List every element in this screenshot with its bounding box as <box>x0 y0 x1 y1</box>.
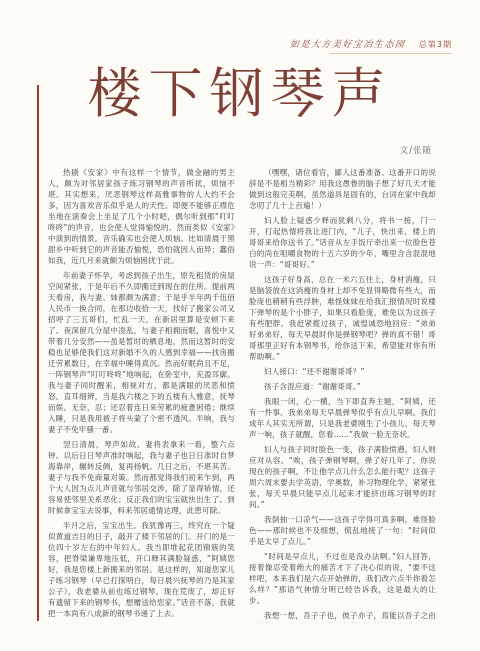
paragraph: 孩子含混应道：“谢谢哥哥。” <box>249 381 436 392</box>
article-title: 楼下钢琴声 <box>0 60 480 128</box>
left-column: 热剧《安家》中有这样一个情节，做金融的男主人，颇为对邻居家孩子练习钢琴的声音所扰… <box>48 167 235 623</box>
paragraph: 年前妻子怀孕，考虑到孩子出生，原先租赁的房屋空间紧张，于是年后不久即搬迁到现在的… <box>48 270 235 435</box>
author-byline: 文/张随 <box>400 144 432 156</box>
paragraph: 热剧《安家》中有这样一个情节，做金融的男主人，颇为对邻居家孩子练习钢琴的声音所扰… <box>48 167 235 266</box>
right-column: （嘿嘿，诸位看官，鄙人这番准备、这番开口的说辞是不是相当精彩？用我这愚鲁的脑子想… <box>249 167 436 623</box>
masthead: 如是大方美好宝冶生态园 总第3期 <box>290 37 452 50</box>
paragraph: 我倒抽一口凉气——这孩子学得可真多啊，难怪脸色——那时候也不及细想，慌乱地接了一… <box>249 514 436 547</box>
article-body: 热剧《安家》中有这样一个情节，做金融的男主人，颇为对邻居家孩子练习钢琴的声音所扰… <box>48 167 436 623</box>
magazine-page: 如是大方美好宝冶生态园 总第3期 楼下钢琴声 文/张随 热剧《安家》中有这样一个… <box>0 0 480 651</box>
paragraph: 半月之后，宝宝出生。我犹豫再三，终究在一个疑似黄道吉日的日子，敲开了楼下邻居的门… <box>48 520 235 619</box>
paragraph: 我想一想，吾子子也，彼子亦子，焉能以吾子之由而妨彼子之学？何况人家已经做最大的让… <box>249 610 436 623</box>
paragraph: 翌日清晨，琴声如故。妻将表拿来一看，整六点钟。以后日日琴声准时响起，我与妻子也日… <box>48 439 235 516</box>
masthead-calligraphy-title: 如是大方美好宝冶生态园 <box>290 37 407 50</box>
paragraph: 妇人接口：“还不谢谢哥哥？” <box>249 366 436 377</box>
left-accent-line <box>37 85 39 621</box>
masthead-divider <box>330 53 452 54</box>
paragraph: “时间是早点儿，不过也是没办法啊。”妇人回答，接着像忍受着绝大的痛苦才下了决心似… <box>249 551 436 606</box>
paragraph: 这孩子好身高，总在一米六五往上，身材消瘦，只是脑袋放在这消瘦的身材上却不免显得略… <box>249 274 436 362</box>
issue-number: 总第3期 <box>419 39 452 50</box>
paragraph: 妇人脸上疑惑少释而犹剩八分，将书一接，门一开，打起热情将我让进门内，“儿子，快出… <box>249 215 436 270</box>
paragraph: 妇人与孩子同时脸色一变，孩子满脸愤懑，妇人则应对从容。“唉，孩子弹钢琴啊，弹了好… <box>249 444 436 510</box>
paragraph: （嘿嘿，诸位看官，鄙人这番准备、这番开口的说辞是不是相当精彩？用我这愚鲁的脑子想… <box>249 167 436 211</box>
paragraph: 我眼一闭，心一横，当下即直奔主题，“阿姨，还有一件事。我弟弟每天早晨弹琴似乎有点… <box>249 396 436 440</box>
